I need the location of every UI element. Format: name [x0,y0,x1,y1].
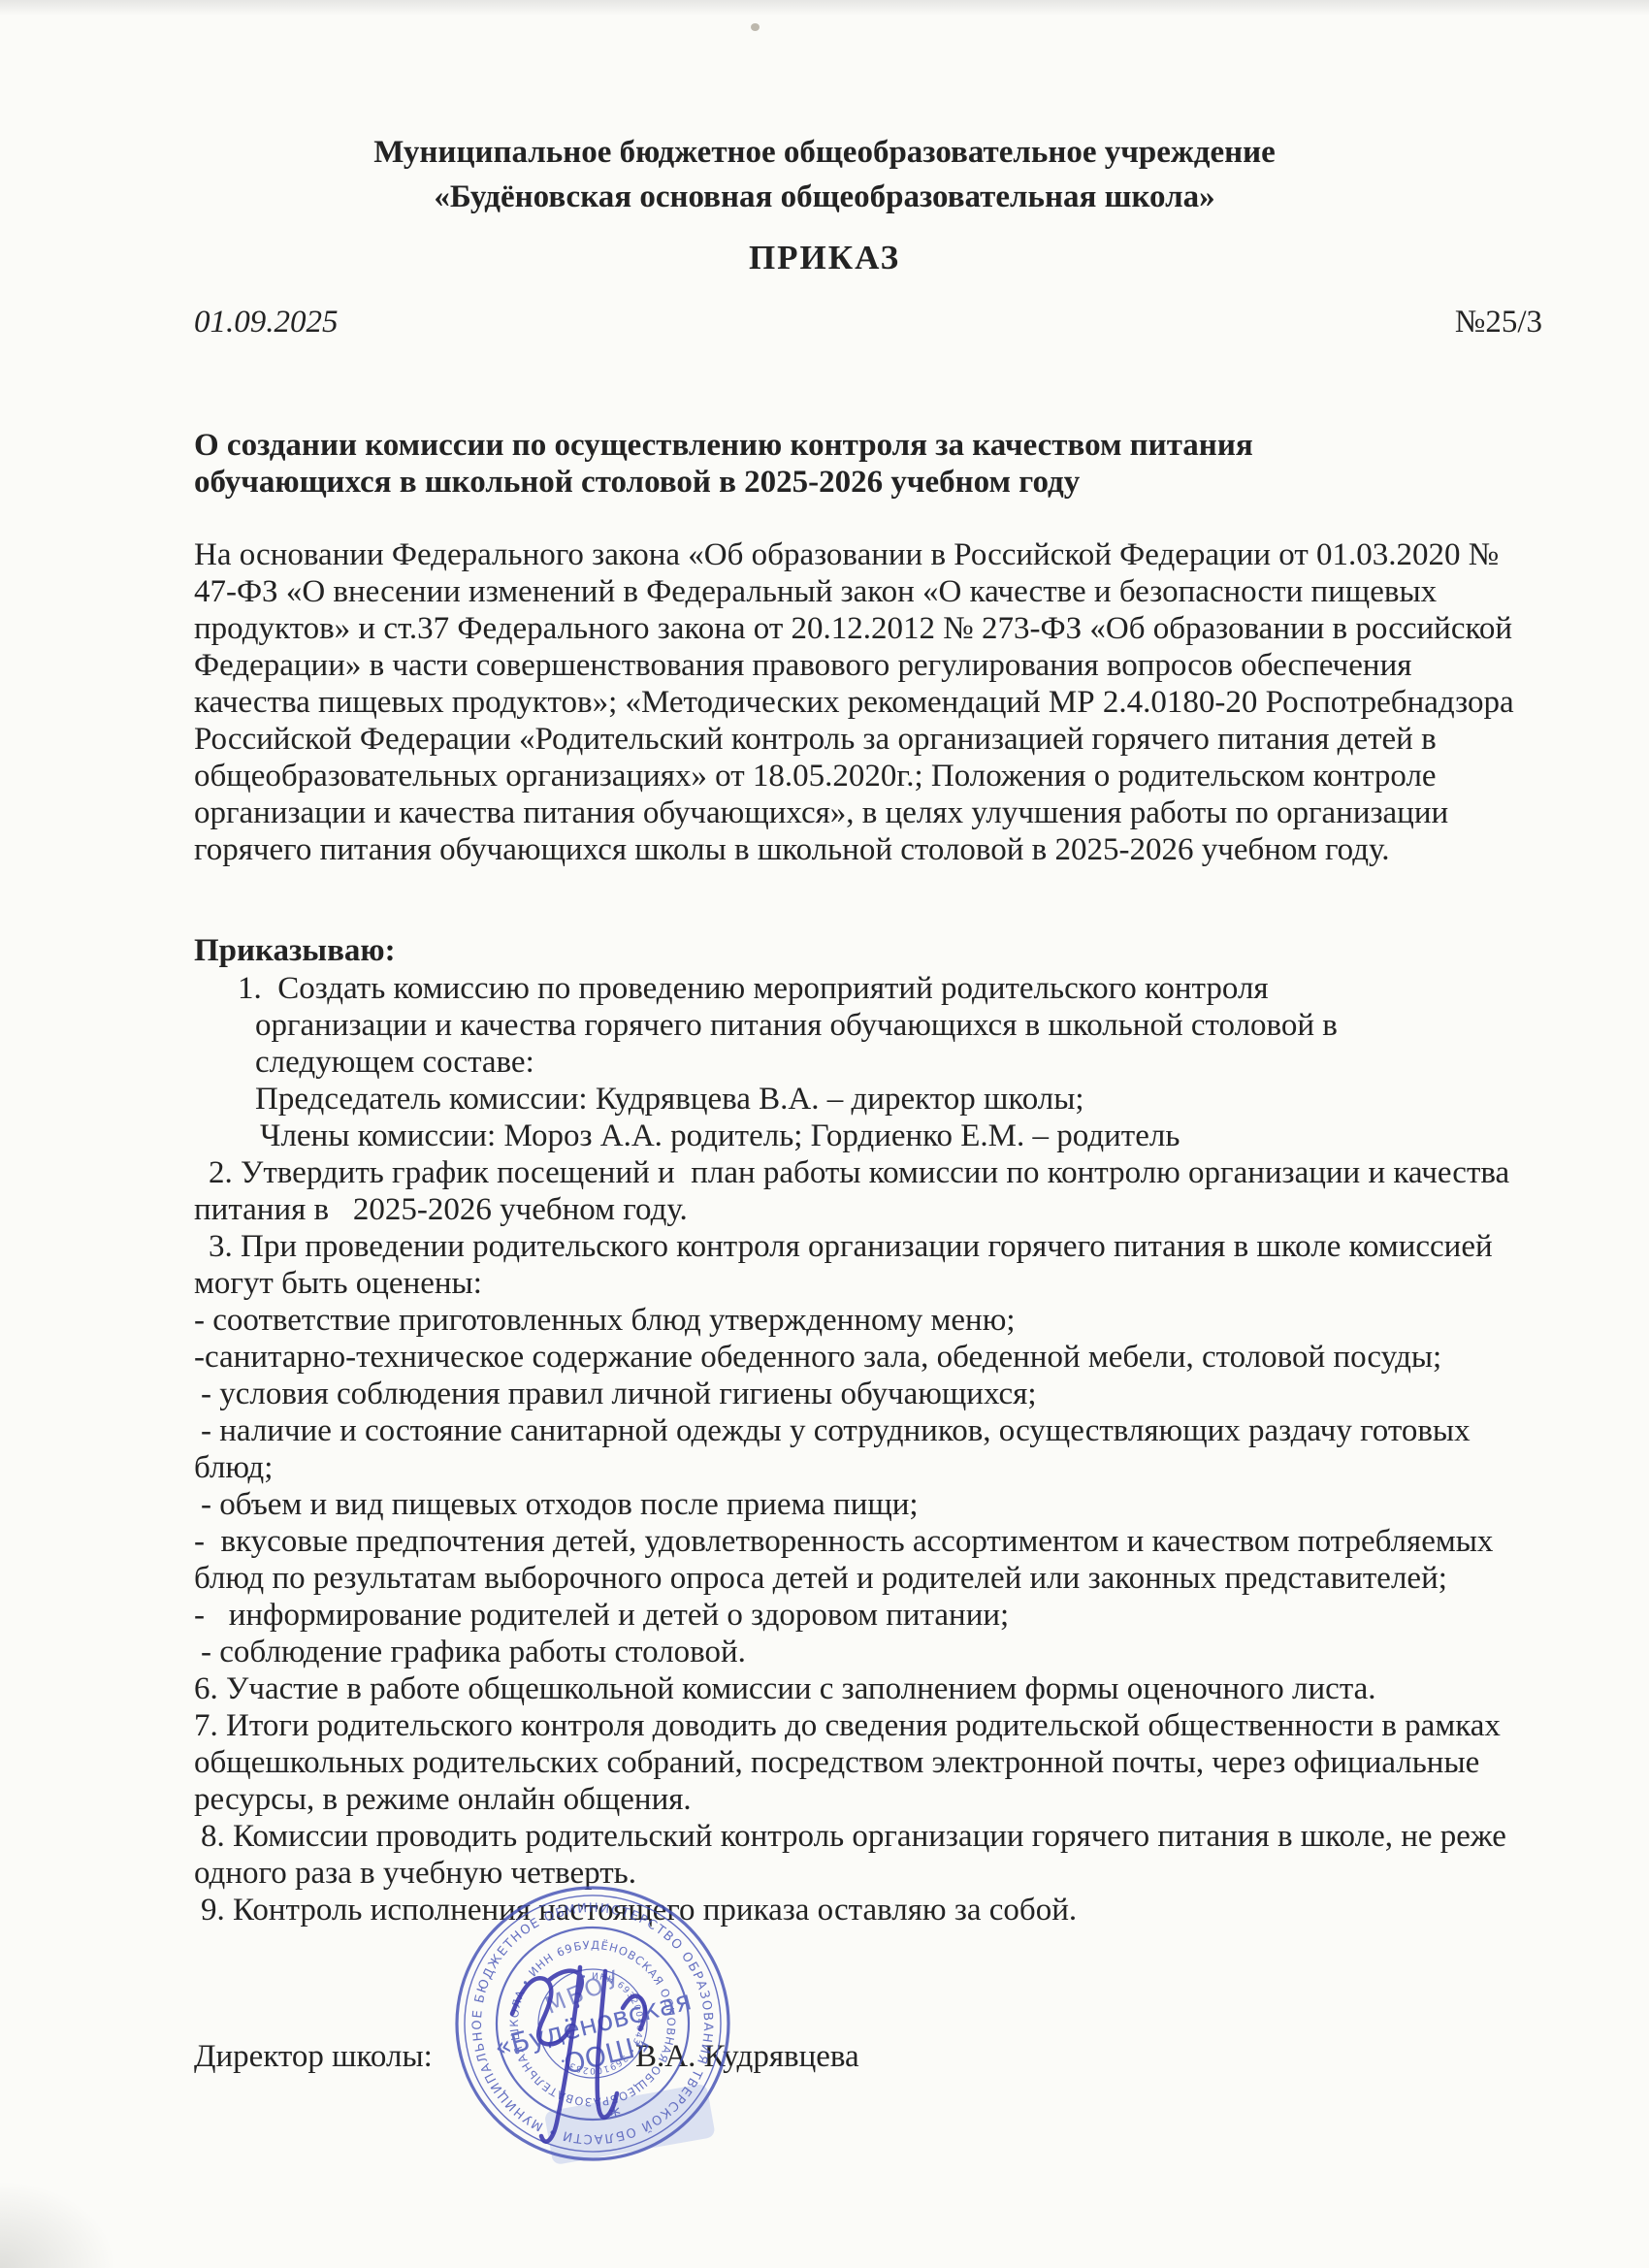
order-label: Приказываю: [194,933,396,969]
doc-date: 01.09.2025 [194,305,339,340]
doc-type-title: ПРИКАЗ [0,239,1649,277]
check-item-waste: - объем и вид пищевых отходов после прие… [194,1486,1525,1523]
order-item-6: 6. Участие в работе общешкольной комисси… [194,1670,1525,1707]
preamble-paragraph: На основании Федерального закона «Об обр… [194,536,1525,868]
check-item-informing: - информирование родителей и детей о здо… [194,1597,1525,1634]
subject-heading: О создании комиссии по осуществлению кон… [194,427,1348,501]
org-name-line2: «Будёновская основная общеобразовательна… [0,175,1649,219]
commission-members-line: Члены комиссии: Мороз А.А. родитель; Гор… [194,1118,1525,1154]
check-item-schedule: - соблюдение графика работы столовой. [194,1634,1525,1670]
org-name-line1: Муниципальное бюджетное общеобразователь… [0,130,1649,175]
order-item-1-line3: следующем составе: [194,1044,1525,1081]
check-item-menu: - соответствие приготовленных блюд утвер… [194,1302,1525,1339]
order-list: 1. Создать комиссию по проведению меропр… [194,970,1525,1928]
order-item-2: 2. Утвердить график посещений и план раб… [194,1154,1525,1228]
commission-chair-line: Председатель комиссии: Кудрявцева В.А. –… [194,1081,1525,1118]
doc-number: №25/3 [1455,305,1542,340]
check-item-hygiene: - условия соблюдения правил личной гигие… [194,1376,1525,1412]
document-page: Муниципальное бюджетное общеобразователь… [0,0,1649,2268]
official-stamp: МИНИСТЕРСТВО ОБРАЗОВАНИЯ ТВЕРСКОЙ ОБЛАСТ… [349,1843,892,2268]
check-item-clothing: - наличие и состояние санитарной одежды … [194,1412,1525,1486]
scan-speck [751,23,760,31]
order-item-1-line2: организации и качества горячего питания … [194,1007,1525,1044]
order-item-3: 3. При проведении родительского контроля… [194,1228,1525,1302]
check-item-sanitary: -санитарно-техническое содержание обеден… [194,1339,1525,1376]
stamp-and-signature-area: МИНИСТЕРСТВО ОБРАЗОВАНИЯ ТВЕРСКОЙ ОБЛАСТ… [349,1843,892,2268]
order-item-1-line1: 1. Создать комиссию по проведению меропр… [194,970,1525,1007]
scan-corner-shadow [0,2181,116,2268]
org-header: Муниципальное бюджетное общеобразователь… [0,130,1649,219]
check-item-preferences: - вкусовые предпочтения детей, удовлетво… [194,1523,1525,1597]
order-item-7: 7. Итоги родительского контроля доводить… [194,1707,1525,1818]
scan-edge [0,0,1649,16]
